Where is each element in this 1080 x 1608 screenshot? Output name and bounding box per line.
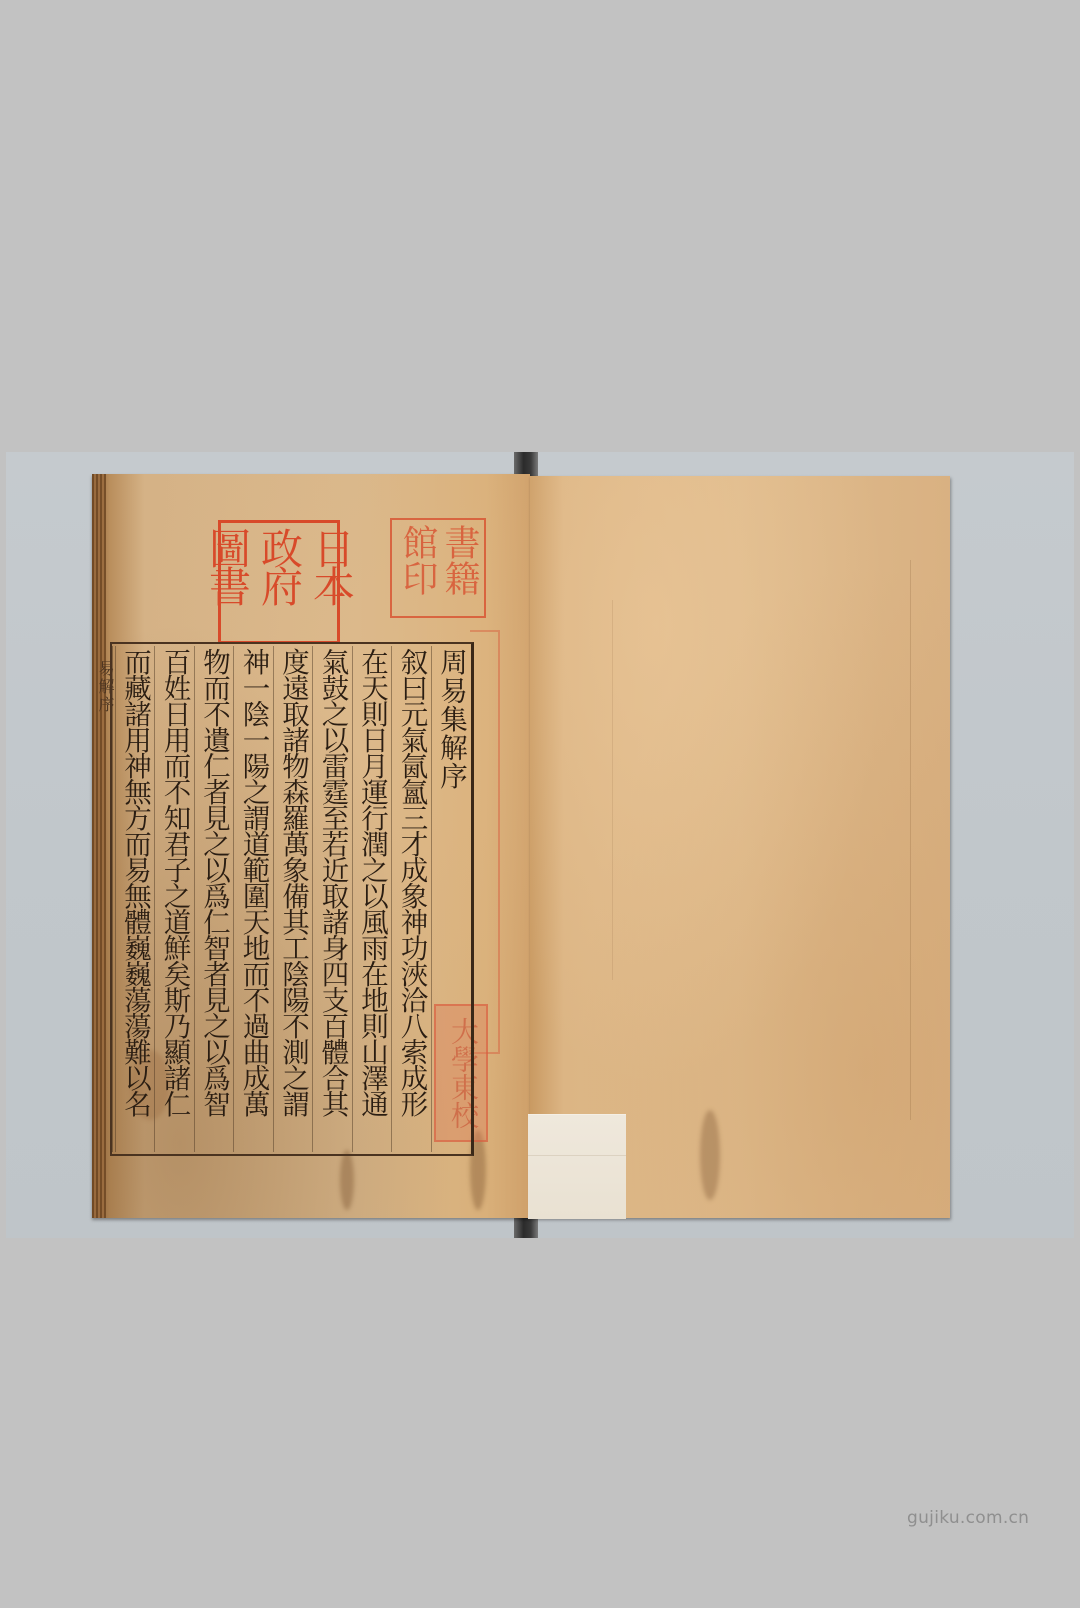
paper-crease <box>612 600 613 980</box>
text-column-7: 百姓日用而不知君子之道鮮矣斯乃顯諸仁 <box>154 646 194 1152</box>
water-stain <box>340 1150 354 1210</box>
text-column-1: 叙曰元氣氤氳三才成象神功浹洽八索成形 <box>391 646 431 1152</box>
seal-nihon-seifu-tosho: 日本政府圖書 <box>218 520 340 644</box>
text-column-6: 物而不遺仁者見之以爲仁智者見之以爲智 <box>194 646 234 1152</box>
paper-slip <box>528 1114 626 1219</box>
text-column-2: 在天則日月運行潤之以風雨在地則山澤通 <box>352 646 392 1152</box>
site-watermark: gujiku.com.cn <box>907 1508 1029 1528</box>
text-columns: 周易集解序 叙曰元氣氤氳三才成象神功浹洽八索成形 在天則日月運行潤之以風雨在地則… <box>114 646 470 1152</box>
seal-shoseki-kan: 書籍館印 <box>390 518 486 618</box>
margin-column <box>94 646 113 1152</box>
seal-outline-vertical <box>470 630 500 1054</box>
text-column-4: 度遠取諸物森羅萬象備其工陰陽不測之謂 <box>273 646 313 1152</box>
text-column-8: 而藏諸用神無方而易無體巍巍蕩蕩難以名 <box>115 646 155 1152</box>
text-column-3: 氣鼓之以雷霆至若近取諸身四支百體合其 <box>312 646 352 1152</box>
text-column-5: 神一陰一陽之謂道範圍天地而不過曲成萬 <box>233 646 273 1152</box>
right-page-blank <box>530 476 950 1218</box>
paper-crease <box>910 560 911 1120</box>
preface-title: 周易集解序 <box>431 646 471 1152</box>
water-stain <box>700 1110 720 1200</box>
